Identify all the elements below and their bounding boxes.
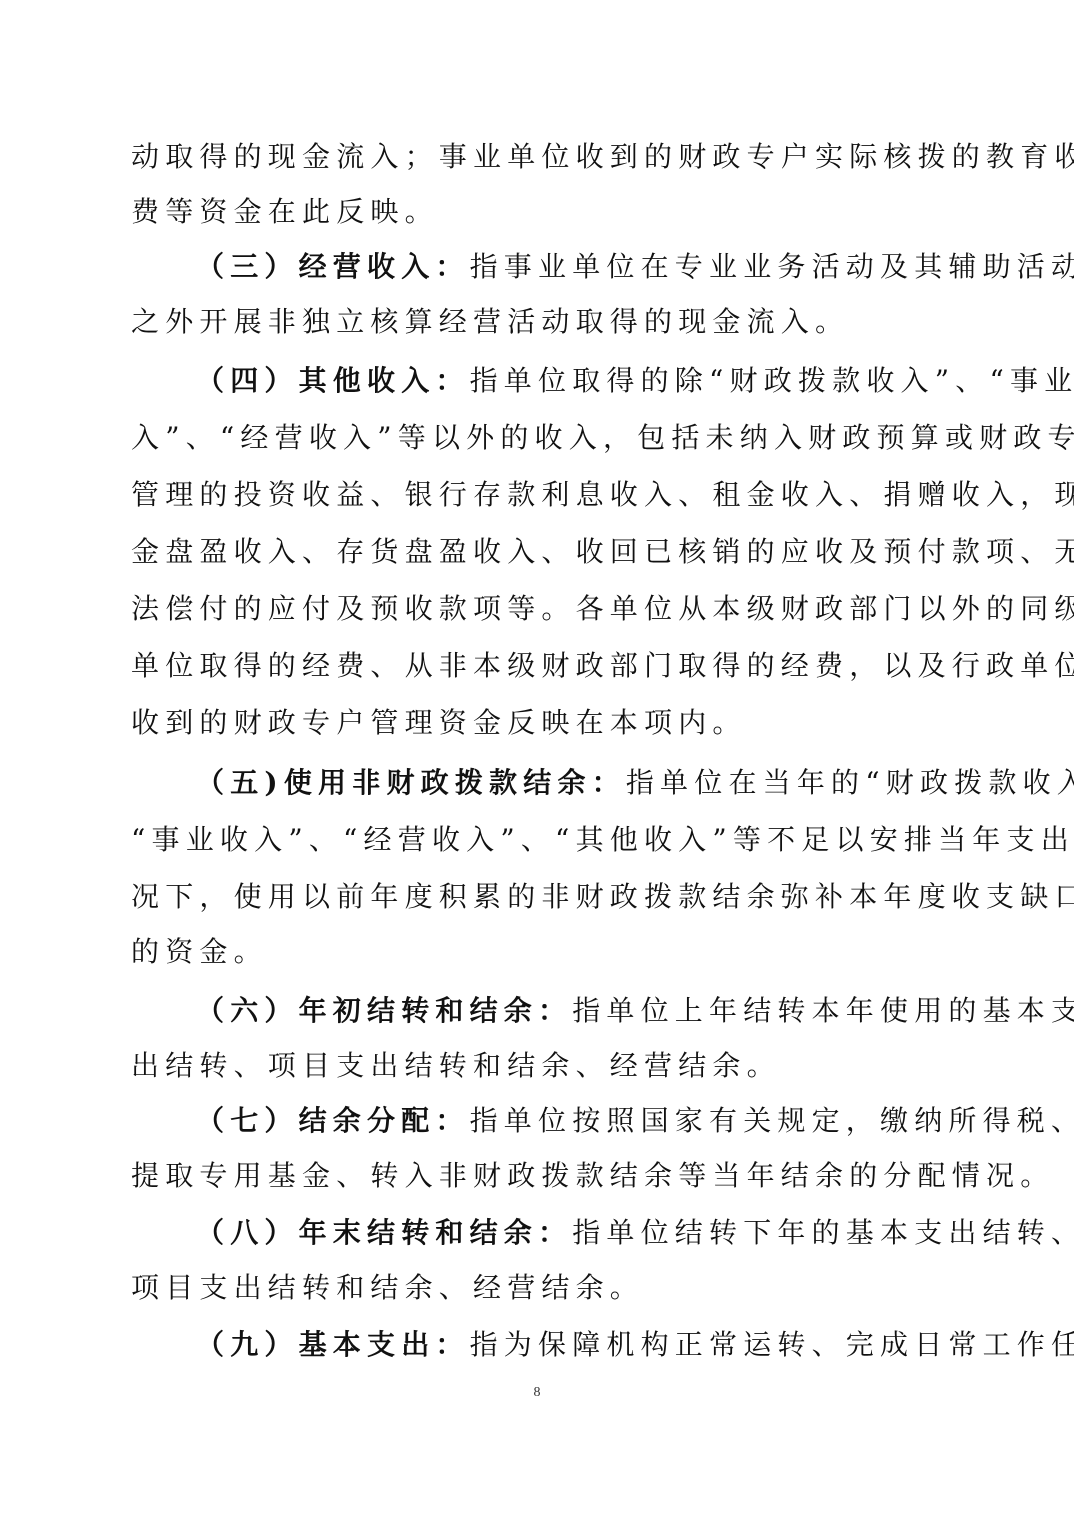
paragraph-line: 提取专用基金、转入非财政拨款结余等当年结余的分配情况。: [131, 1156, 961, 1196]
body-text: 提取专用基金、转入非财政拨款结余等当年结余的分配情况。: [131, 1159, 1054, 1192]
paragraph-line: 入”、“经营收入”等以外的收入，包括未纳入财政预算或财政专户: [131, 418, 961, 458]
paragraph-line: 法偿付的应付及预收款项等。各单位从本级财政部门以外的同级: [131, 589, 961, 629]
paragraph-line: 金盘盈收入、存货盘盈收入、收回已核销的应收及预付款项、无: [131, 532, 961, 572]
document-page: 8 动取得的现金流入；事业单位收到的财政专户实际核拨的教育收费等资金在此反映。（…: [0, 0, 1074, 1520]
body-text: 指单位按照国家有关规定，缴纳所得税、: [470, 1104, 1074, 1137]
section-heading: （四）其他收入：: [196, 364, 470, 397]
page-number: 8: [0, 1385, 1074, 1401]
body-text: 动取得的现金流入；事业单位收到的财政专户实际核拨的教育收: [131, 140, 1074, 173]
body-text: 之外开展非独立核算经营活动取得的现金流入。: [131, 305, 849, 338]
body-text: 收到的财政专户管理资金反映在本项内。: [131, 706, 747, 739]
section-heading-line: （八）年末结转和结余：指单位结转下年的基本支出结转、: [196, 1213, 1026, 1253]
section-heading: （三）经营收入：: [196, 250, 470, 283]
body-text: 指单位结转下年的基本支出结转、: [572, 1216, 1074, 1249]
section-heading-line: （三）经营收入：指事业单位在专业业务活动及其辅助活动: [196, 247, 1026, 287]
paragraph-line: 况下，使用以前年度积累的非财政拨款结余弥补本年度收支缺口: [131, 877, 961, 917]
section-heading: （九）基本支出：: [196, 1328, 470, 1361]
body-text: 出结转、项目支出结转和结余、经营结余。: [131, 1049, 781, 1082]
section-heading: （七）结余分配：: [196, 1104, 470, 1137]
paragraph-line: 动取得的现金流入；事业单位收到的财政专户实际核拨的教育收: [131, 137, 961, 177]
section-heading-line: （五)使用非财政拨款结余：指单位在当年的“财政拨款收入”、: [196, 763, 1026, 803]
body-text: 费等资金在此反映。: [131, 195, 439, 228]
body-text: 法偿付的应付及预收款项等。各单位从本级财政部门以外的同级: [131, 592, 1074, 625]
paragraph-line: 管理的投资收益、银行存款利息收入、租金收入、捐赠收入，现: [131, 475, 961, 515]
paragraph-line: 费等资金在此反映。: [131, 192, 961, 232]
paragraph-line: 出结转、项目支出结转和结余、经营结余。: [131, 1046, 961, 1086]
body-text: 项目支出结转和结余、经营结余。: [131, 1271, 644, 1304]
body-text: 指单位在当年的“财政拨款收入”、: [626, 766, 1074, 799]
body-text: 入”、“经营收入”等以外的收入，包括未纳入财政预算或财政专户: [131, 421, 1074, 454]
body-text: 指事业单位在专业业务活动及其辅助活动: [470, 250, 1074, 283]
section-heading-line: （九）基本支出：指为保障机构正常运转、完成日常工作任: [196, 1325, 1026, 1365]
section-heading-line: （七）结余分配：指单位按照国家有关规定，缴纳所得税、: [196, 1101, 1026, 1141]
paragraph-line: “事业收入”、“经营收入”、“其他收入”等不足以安排当年支出的情: [131, 820, 961, 860]
body-text: 指单位取得的除“财政拨款收入”、“事业收: [470, 364, 1074, 397]
paragraph-line: 收到的财政专户管理资金反映在本项内。: [131, 703, 961, 743]
paragraph-line: 单位取得的经费、从非本级财政部门取得的经费，以及行政单位: [131, 646, 961, 686]
body-text: 金盘盈收入、存货盘盈收入、收回已核销的应收及预付款项、无: [131, 535, 1074, 568]
paragraph-line: 的资金。: [131, 932, 961, 972]
section-heading: （五)使用非财政拨款结余：: [196, 766, 626, 799]
body-text: 管理的投资收益、银行存款利息收入、租金收入、捐赠收入，现: [131, 478, 1074, 511]
body-text: 指单位上年结转本年使用的基本支: [572, 994, 1074, 1027]
body-text: 的资金。: [131, 935, 268, 968]
section-heading-line: （六）年初结转和结余：指单位上年结转本年使用的基本支: [196, 991, 1026, 1031]
section-heading: （六）年初结转和结余：: [196, 994, 572, 1027]
section-heading: （八）年末结转和结余：: [196, 1216, 572, 1249]
body-text: “事业收入”、“经营收入”、“其他收入”等不足以安排当年支出的情: [131, 823, 1074, 856]
paragraph-line: 项目支出结转和结余、经营结余。: [131, 1268, 961, 1308]
section-heading-line: （四）其他收入：指单位取得的除“财政拨款收入”、“事业收: [196, 361, 1026, 401]
paragraph-line: 之外开展非独立核算经营活动取得的现金流入。: [131, 302, 961, 342]
body-text: 单位取得的经费、从非本级财政部门取得的经费，以及行政单位: [131, 649, 1074, 682]
body-text: 指为保障机构正常运转、完成日常工作任: [470, 1328, 1074, 1361]
body-text: 况下，使用以前年度积累的非财政拨款结余弥补本年度收支缺口: [131, 880, 1074, 913]
